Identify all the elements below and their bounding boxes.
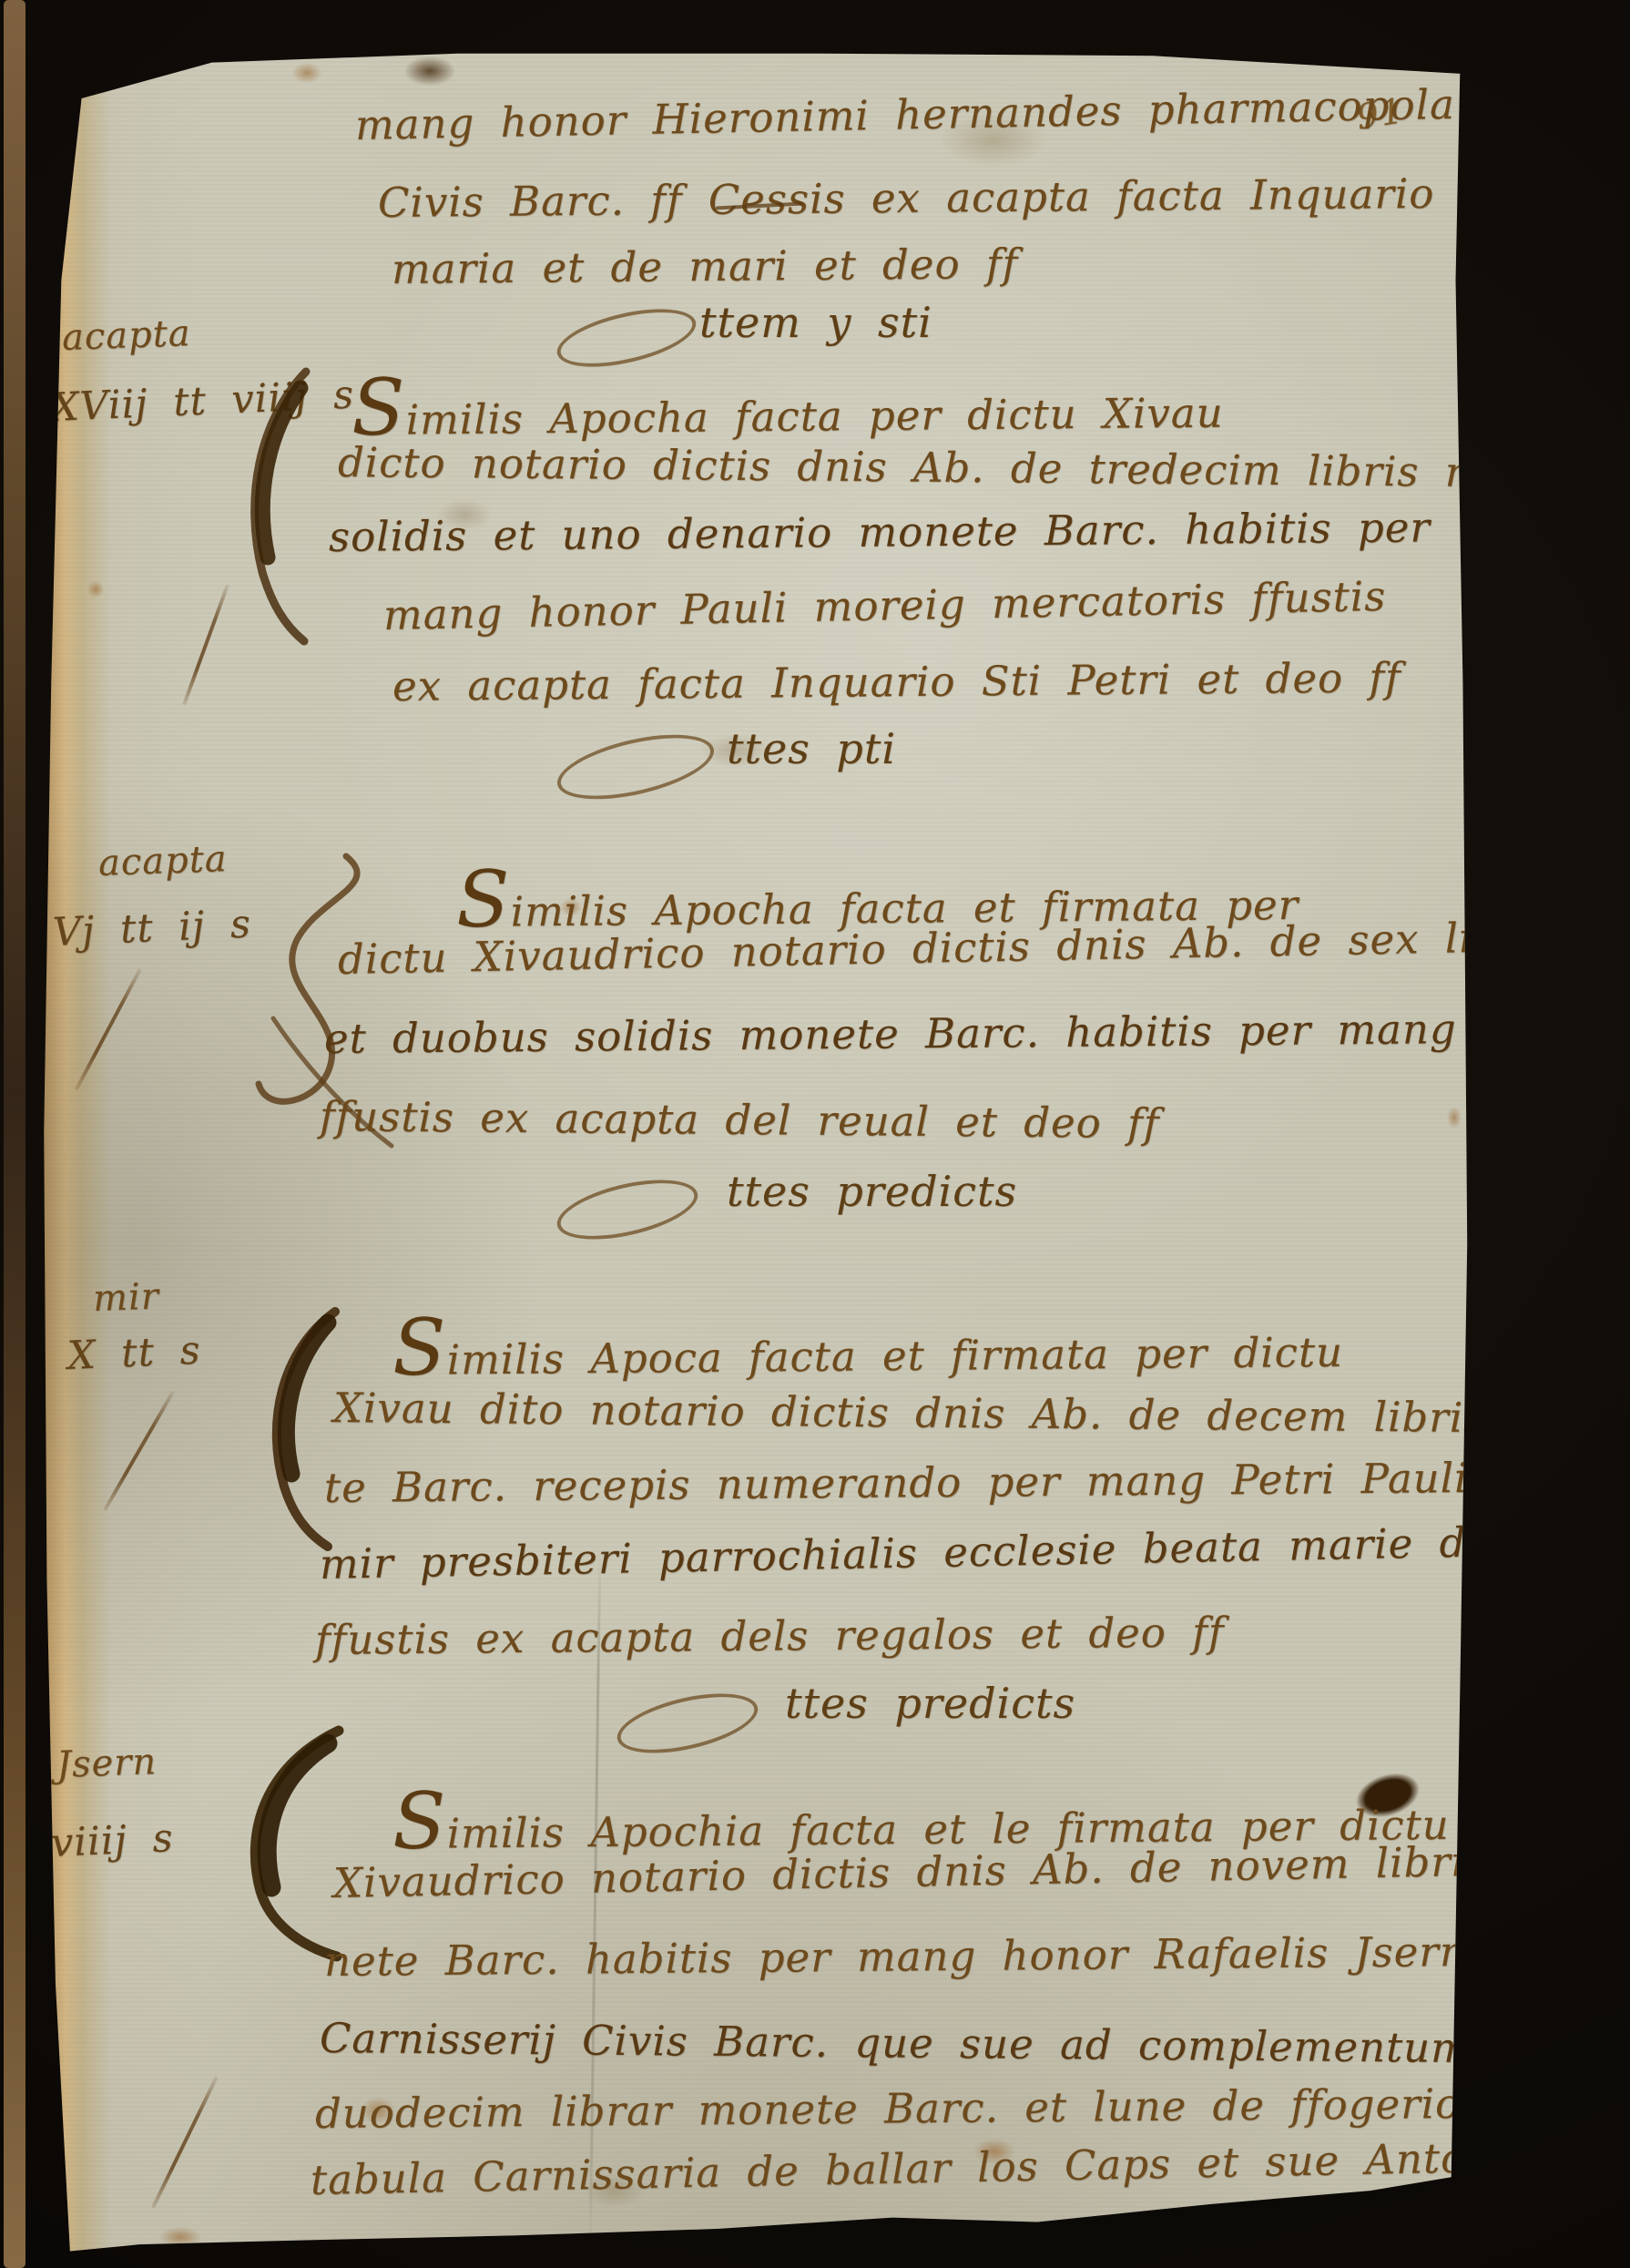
paper-stain xyxy=(395,51,464,91)
margin-tick xyxy=(103,1391,174,1511)
margin-tick xyxy=(182,584,229,705)
manuscript-line: Xivau dito notario dictis dnis Ab. de de… xyxy=(333,1384,1629,1443)
manuscript-line: duodecim librar monete Barc. et lune de … xyxy=(315,2080,1462,2138)
manuscript-line: ffustis ex acapta dels regalos et deo ff xyxy=(315,1609,1225,1663)
manuscript-line: ffustis ex acapta del reual et deo ff xyxy=(320,1093,1160,1148)
closing-line: ttes predicts xyxy=(727,1168,1017,1216)
margin-note-amount: X tt s xyxy=(66,1329,202,1380)
manuscript-line: et duobus solidis monete Barc. habitis p… xyxy=(324,1006,1514,1063)
margin-note-label: acapta xyxy=(97,838,228,884)
margin-note-label: mir xyxy=(92,1275,159,1320)
paper-stain xyxy=(84,577,107,601)
margin-note-label: Jsern xyxy=(56,1741,158,1786)
paper-stain xyxy=(151,2222,209,2252)
manuscript-line: solidis et uno denario monete Barc. habi… xyxy=(329,504,1431,560)
closing-flourish xyxy=(552,722,720,812)
manuscript-line: mir presbiteri parrochialis ecclesie bea… xyxy=(320,1517,1618,1589)
margin-note-amount: viiij s xyxy=(50,1816,175,1866)
manuscript-line: maria et de mari et deo ff xyxy=(392,240,1019,293)
manuscript-line: ex acapta facta Inquario Sti Petri et de… xyxy=(392,654,1401,710)
manuscript-line: mang honor Hieronimi hernandes pharmacop… xyxy=(355,81,1456,149)
manuscript-page: 91 mang honor Hieronimi hernandes pharma… xyxy=(24,11,1472,2253)
bracket-flourish xyxy=(228,363,328,681)
book-fore-edge xyxy=(4,0,25,2268)
closing-flourish xyxy=(552,1169,704,1251)
closing-flourish xyxy=(612,1682,764,1764)
margin-tick xyxy=(151,2076,219,2209)
manuscript-line: mang honor Pauli moreig mercatoris ffust… xyxy=(383,573,1387,639)
manuscript-line: nete Barc. habitis per mang honor Rafael… xyxy=(324,1928,1467,1986)
manuscript-line: te Barc. recepis numerando per mang Petr… xyxy=(324,1455,1469,1512)
manuscript-line: dicto notario dictis dnis Ab. de tredeci… xyxy=(338,439,1587,497)
closing-line: ttes pti xyxy=(727,725,896,773)
paper-stain xyxy=(508,18,545,40)
manuscript-line: tabula Carnissaria de ballar los Caps et… xyxy=(311,2134,1508,2204)
margin-note-label: acapta xyxy=(61,312,191,359)
manuscript-line: Carnisserij Civis Barc. que sue ad compl… xyxy=(320,2015,1471,2072)
archive-photo-background: 91 mang honor Hieronimi hernandes pharma… xyxy=(0,0,1630,2268)
paper-stain xyxy=(805,2235,889,2261)
closing-line: ttes predicts xyxy=(785,1680,1075,1728)
manuscript-line: Civis Barc. ff Cessis ex acapta facta In… xyxy=(378,169,1585,226)
bracket-flourish xyxy=(248,1304,357,1578)
manuscript-line: Similis Apoca facta et firmata per dictu xyxy=(392,1296,1344,1394)
paper-stain xyxy=(1444,1102,1464,1133)
closing-line: ttem y sti xyxy=(699,299,932,347)
paper-stain xyxy=(286,58,328,87)
margin-tick xyxy=(75,968,142,1090)
